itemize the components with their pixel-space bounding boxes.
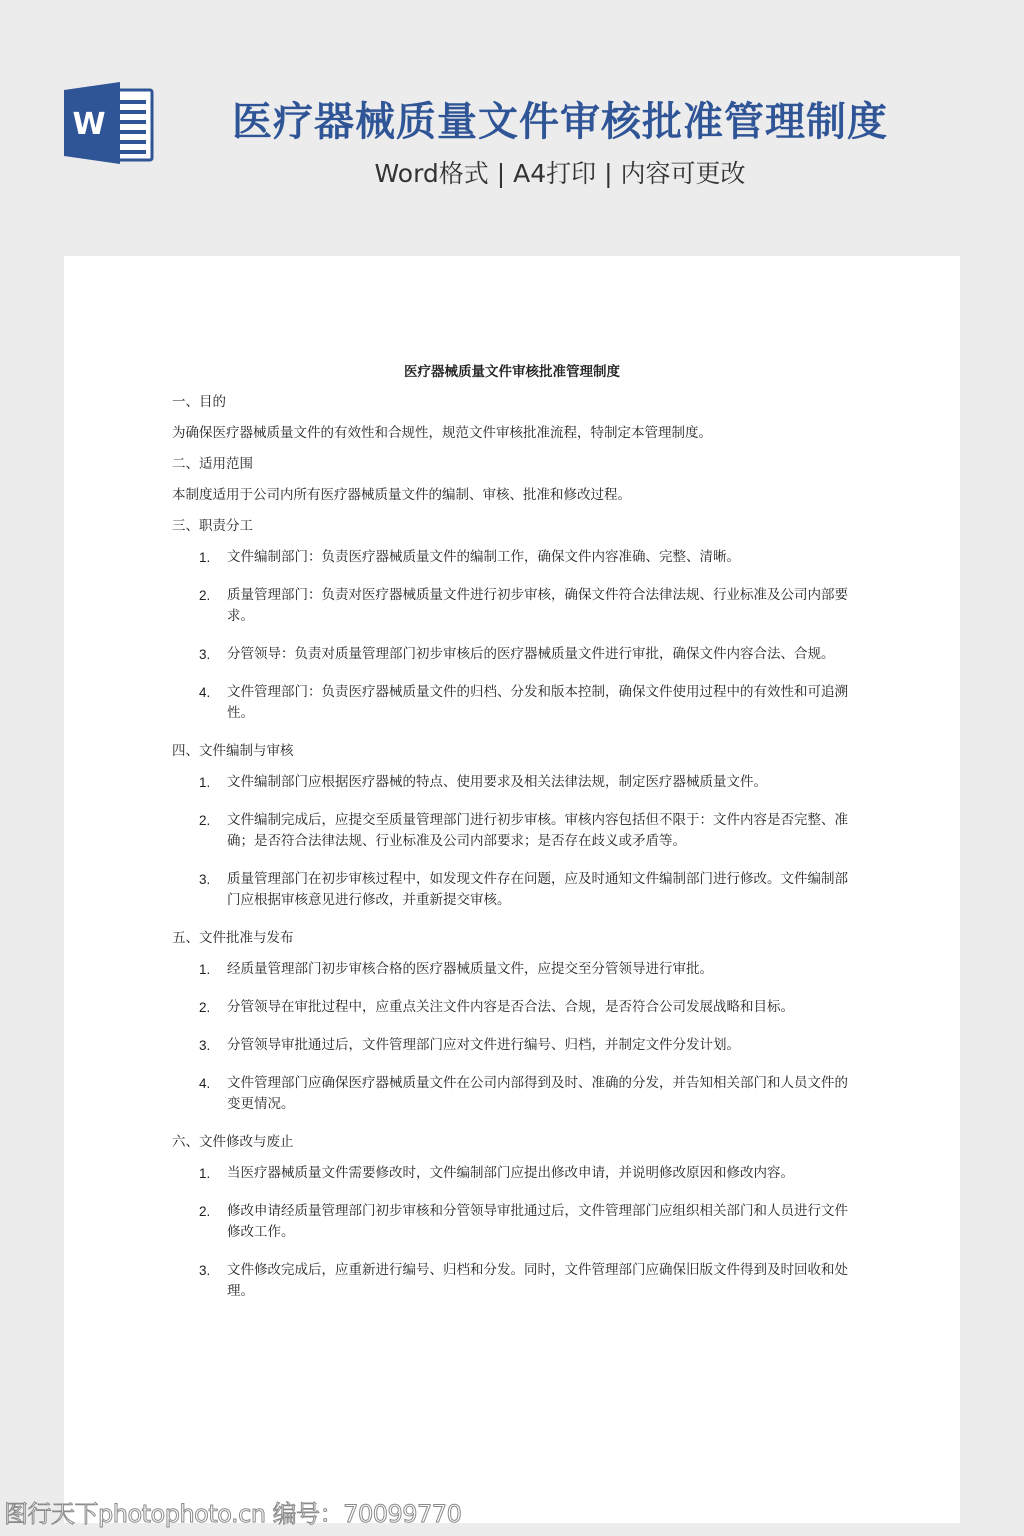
list-item: 1.当医疗器械质量文件需要修改时，文件编制部门应提出修改申请，并说明修改原因和修… [172,1163,852,1184]
section-heading: 五、文件批准与发布 [172,928,852,948]
list-text: 文件编制完成后，应提交至质量管理部门进行初步审核。审核内容包括但不限于：文件内容… [227,812,848,849]
list-number: 1. [199,959,210,980]
list-number: 3. [199,1035,210,1056]
list-item: 2.质量管理部门：负责对医疗器械质量文件进行初步审核，确保文件符合法律法规、行业… [172,585,852,627]
list-text: 文件编制部门：负责医疗器械质量文件的编制工作，确保文件内容准确、完整、清晰。 [227,549,740,565]
section-heading: 二、适用范围 [172,454,852,474]
section-paragraph: 为确保医疗器械质量文件的有效性和合规性，规范文件审核批准流程，特制定本管理制度。 [172,423,852,443]
list-number: 4. [199,1073,210,1094]
list-text: 当医疗器械质量文件需要修改时，文件编制部门应提出修改申请，并说明修改原因和修改内… [227,1165,794,1181]
list-text: 质量管理部门：负责对医疗器械质量文件进行初步审核，确保文件符合法律法规、行业标准… [227,587,848,624]
list-number: 3. [199,1260,210,1281]
numbered-list: 1.经质量管理部门初步审核合格的医疗器械质量文件，应提交至分管领导进行审批。 2… [172,959,852,1115]
list-number: 2. [199,810,210,831]
list-number: 2. [199,1201,210,1222]
section-paragraph: 本制度适用于公司内所有医疗器械质量文件的编制、审核、批准和修改过程。 [172,485,852,505]
list-text: 文件编制部门应根据医疗器械的特点、使用要求及相关法律法规，制定医疗器械质量文件。 [227,774,767,790]
list-text: 修改申请经质量管理部门初步审核和分管领导审批通过后，文件管理部门应组织相关部门和… [227,1203,848,1240]
list-text: 文件管理部门：负责医疗器械质量文件的归档、分发和版本控制，确保文件使用过程中的有… [227,684,848,721]
svg-text:W: W [72,107,105,142]
numbered-list: 1.文件编制部门应根据医疗器械的特点、使用要求及相关法律法规，制定医疗器械质量文… [172,772,852,911]
list-number: 1. [199,547,210,568]
list-item: 3.质量管理部门在初步审核过程中，如发现文件存在问题，应及时通知文件编制部门进行… [172,869,852,911]
numbered-list: 1.文件编制部门：负责医疗器械质量文件的编制工作，确保文件内容准确、完整、清晰。… [172,547,852,724]
list-text: 经质量管理部门初步审核合格的医疗器械质量文件，应提交至分管领导进行审批。 [227,961,713,977]
document-page: 医疗器械质量文件审核批准管理制度 一、目的 为确保医疗器械质量文件的有效性和合规… [64,256,960,1523]
list-text: 质量管理部门在初步审核过程中，如发现文件存在问题，应及时通知文件编制部门进行修改… [227,871,848,908]
list-item: 3.分管领导：负责对质量管理部门初步审核后的医疗器械质量文件进行审批，确保文件内… [172,644,852,665]
header: W 医疗器械质量文件审核批准管理制度 Word格式 | A4打印 | 内容可更改 [0,0,1024,256]
list-item: 4.文件管理部门：负责医疗器械质量文件的归档、分发和版本控制，确保文件使用过程中… [172,682,852,724]
list-number: 4. [199,682,210,703]
watermark: 图行天下photophoto.cn 编号：70099770 [4,1494,461,1529]
list-text: 分管领导在审批过程中，应重点关注文件内容是否合法、合规，是否符合公司发展战略和目… [227,999,794,1015]
list-item: 3.分管领导审批通过后，文件管理部门应对文件进行编号、归档，并制定文件分发计划。 [172,1035,852,1056]
list-text: 分管领导审批通过后，文件管理部门应对文件进行编号、归档，并制定文件分发计划。 [227,1037,740,1053]
document-body: 医疗器械质量文件审核批准管理制度 一、目的 为确保医疗器械质量文件的有效性和合规… [172,362,852,1319]
section-heading: 四、文件编制与审核 [172,741,852,761]
list-item: 2.文件编制完成后，应提交至质量管理部门进行初步审核。审核内容包括但不限于：文件… [172,810,852,852]
list-item: 4.文件管理部门应确保医疗器械质量文件在公司内部得到及时、准确的分发，并告知相关… [172,1073,852,1115]
list-item: 2.修改申请经质量管理部门初步审核和分管领导审批通过后，文件管理部门应组织相关部… [172,1201,852,1243]
page-subtitle: Word格式 | A4打印 | 内容可更改 [180,154,940,190]
section-heading: 一、目的 [172,392,852,412]
page-title: 医疗器械质量文件审核批准管理制度 [180,90,940,147]
list-number: 1. [199,1163,210,1184]
list-item: 1.文件编制部门应根据医疗器械的特点、使用要求及相关法律法规，制定医疗器械质量文… [172,772,852,793]
list-number: 1. [199,772,210,793]
list-text: 文件管理部门应确保医疗器械质量文件在公司内部得到及时、准确的分发，并告知相关部门… [227,1075,848,1112]
document-title: 医疗器械质量文件审核批准管理制度 [172,362,852,382]
list-number: 3. [199,644,210,665]
section-heading: 三、职责分工 [172,516,852,536]
list-number: 2. [199,585,210,606]
list-item: 2.分管领导在审批过程中，应重点关注文件内容是否合法、合规，是否符合公司发展战略… [172,997,852,1018]
list-number: 3. [199,869,210,890]
list-text: 文件修改完成后，应重新进行编号、归档和分发。同时，文件管理部门应确保旧版文件得到… [227,1262,848,1299]
list-text: 分管领导：负责对质量管理部门初步审核后的医疗器械质量文件进行审批，确保文件内容合… [227,646,835,662]
word-icon: W [64,82,156,164]
numbered-list: 1.当医疗器械质量文件需要修改时，文件编制部门应提出修改申请，并说明修改原因和修… [172,1163,852,1302]
list-number: 2. [199,997,210,1018]
section-heading: 六、文件修改与废止 [172,1132,852,1152]
list-item: 3.文件修改完成后，应重新进行编号、归档和分发。同时，文件管理部门应确保旧版文件… [172,1260,852,1302]
list-item: 1.文件编制部门：负责医疗器械质量文件的编制工作，确保文件内容准确、完整、清晰。 [172,547,852,568]
list-item: 1.经质量管理部门初步审核合格的医疗器械质量文件，应提交至分管领导进行审批。 [172,959,852,980]
